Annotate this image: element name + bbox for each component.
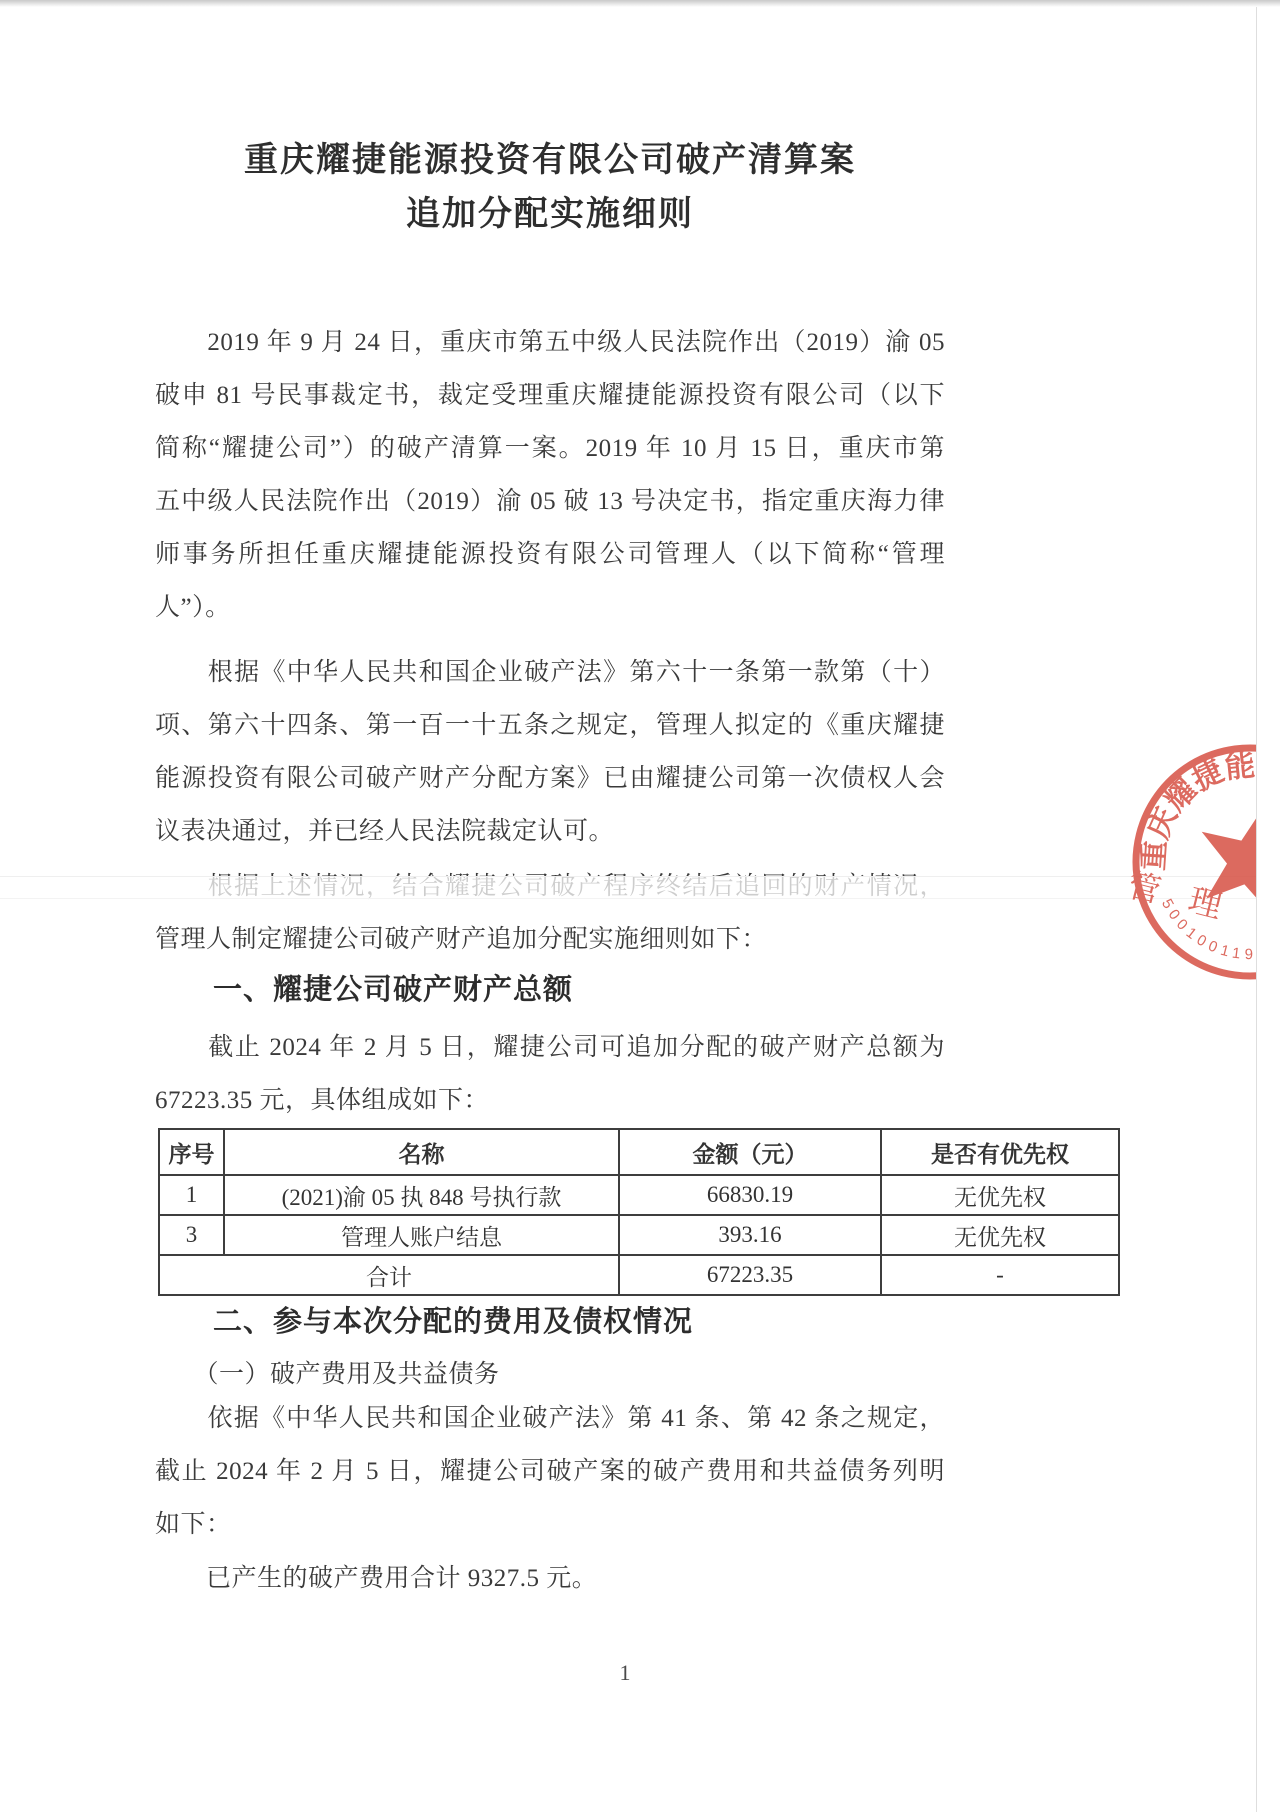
text-line: 人”）。 [155,581,945,634]
paragraph-2: 根据《中华人民共和国企业破产法》第六十一条第一款第（十） 项、第六十四条、第一百… [155,646,945,858]
table-cell-no: 3 [159,1215,224,1255]
table-header-cell-no: 序号 [159,1129,224,1175]
text-line: 项、第六十四条、第一百一十五条之规定，管理人拟定的《重庆耀捷 [155,699,945,752]
section-heading-1: 一、耀捷公司破产财产总额 [155,966,945,1014]
text-line: 67223.35 元，具体组成如下： [155,1074,945,1127]
document-page: 重庆耀捷能源投资有限公司破产清算案 追加分配实施细则 2019 年 9 月 24… [0,0,1280,1812]
text-line: 截止 2024 年 2 月 5 日，耀捷公司可追加分配的破产财产总额为 [155,1021,945,1074]
text-line: 截止 2024 年 2 月 5 日，耀捷公司破产案的破产费用和共益债务列明 [155,1445,945,1498]
table-cell-name: (2021)渝 05 执 848 号执行款 [224,1175,619,1215]
scan-artifact-top [0,0,1280,7]
document-title-line1: 重庆耀捷能源投资有限公司破产清算案 [155,136,945,184]
scan-artifact-band [0,876,1280,899]
text-line: 根据《中华人民共和国企业破产法》第六十一条第一款第（十） [155,646,945,699]
text-line: 议表决通过，并已经人民法院裁定认可。 [155,805,945,858]
table-cell-name: 管理人账户结息 [224,1215,619,1255]
company-seal: 重庆耀捷能源 管理 500100119 [1100,712,1280,1024]
scan-artifact-right-edge [1256,0,1280,1812]
table-header-row: 序号 名称 金额（元） 是否有优先权 [159,1129,1119,1175]
text-line: 已产生的破产费用合计 9327.5 元。 [155,1552,945,1605]
table-cell-amount: 393.16 [619,1215,881,1255]
table-header-cell-amount: 金额（元） [619,1129,881,1175]
page-number: 1 [590,1655,660,1691]
text-line: 能源投资有限公司破产财产分配方案》已由耀捷公司第一次债权人会 [155,752,945,805]
text-line: 简称“耀捷公司”）的破产清算一案。2019 年 10 月 15 日，重庆市第 [155,422,945,475]
paragraph-6: 已产生的破产费用合计 9327.5 元。 [155,1552,945,1605]
table-total-row: 合计 67223.35 - [159,1255,1119,1295]
table-cell-priority: 无优先权 [881,1215,1119,1255]
table-row: 3 管理人账户结息 393.16 无优先权 [159,1215,1119,1255]
table-cell-no: 1 [159,1175,224,1215]
document-title-line2: 追加分配实施细则 [155,190,945,238]
paragraph-5: 依据《中华人民共和国企业破产法》第 41 条、第 42 条之规定， 截止 202… [155,1392,945,1551]
text-line: 如下： [155,1498,945,1551]
assets-table: 序号 名称 金额（元） 是否有优先权 1 (2021)渝 05 执 848 号执… [158,1128,1120,1296]
text-line: 破申 81 号民事裁定书，裁定受理重庆耀捷能源投资有限公司（以下 [155,369,945,422]
table-row: 1 (2021)渝 05 执 848 号执行款 66830.19 无优先权 [159,1175,1119,1215]
section-heading-2: 二、参与本次分配的费用及债权情况 [155,1298,945,1346]
table-cell-priority: 无优先权 [881,1175,1119,1215]
table-cell-total-amount: 67223.35 [619,1255,881,1295]
table-cell-total-priority: - [881,1255,1119,1295]
text-line: 2019 年 9 月 24 日，重庆市第五中级人民法院作出（2019）渝 05 [155,316,945,369]
paragraph-1: 2019 年 9 月 24 日，重庆市第五中级人民法院作出（2019）渝 05 … [155,316,945,634]
paragraph-4: 截止 2024 年 2 月 5 日，耀捷公司可追加分配的破产财产总额为 6722… [155,1021,945,1127]
text-line: 师事务所担任重庆耀捷能源投资有限公司管理人（以下简称“管理 [155,528,945,581]
table-cell-total-label: 合计 [159,1255,619,1295]
table-header-cell-name: 名称 [224,1129,619,1175]
table-cell-amount: 66830.19 [619,1175,881,1215]
text-line: 管理人制定耀捷公司破产财产追加分配实施细则如下： [155,913,945,966]
text-line: 依据《中华人民共和国企业破产法》第 41 条、第 42 条之规定， [155,1392,945,1445]
text-line: 五中级人民法院作出（2019）渝 05 破 13 号决定书，指定重庆海力律 [155,475,945,528]
table-header-cell-priority: 是否有优先权 [881,1129,1119,1175]
